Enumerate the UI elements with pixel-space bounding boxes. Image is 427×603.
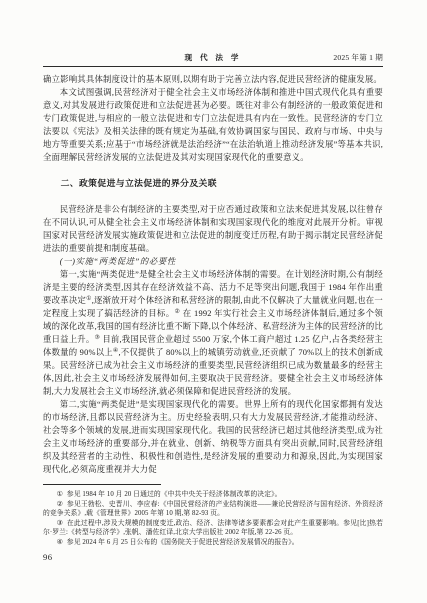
header-rule [43, 66, 383, 67]
section-heading: 二、政策促进与立法促进的界分及关联 [43, 177, 383, 190]
journal-page: 现 代 法 学 2025 年第 1 期 确立影响其具体制度设计的基本原则,以期有… [0, 0, 427, 603]
continuation-paragraph: 确立影响其具体制度设计的基本原则,以期有助于完善立法内容,促进民营经济的健康发展… [43, 73, 383, 86]
issue-label: 2025 年第 1 期 [333, 52, 383, 63]
footnote-marker: ② [57, 501, 63, 508]
footnote-separator [43, 484, 161, 485]
footnote-item: ④参见 2024 年 6 月 25 日公布的《国务院关于促进民营经济发展情况的报… [43, 538, 383, 548]
footnote-marker: ③ [57, 520, 63, 527]
intro-paragraph: 本文试图强调,民营经济对于健全社会主义市场经济体制和推进中国式现代化具有重要意义… [43, 86, 383, 164]
footnote-text: 参见 2024 年 6 月 25 日公布的《国务院关于促进民营经济发展情况的报告… [67, 539, 299, 546]
article-body: 确立影响其具体制度设计的基本原则,以期有助于完善立法内容,促进民营经济的健康发展… [43, 73, 383, 476]
footnote-item: ②参见王勃松、史晋川、李应春:《中国民营经济的产业结构演进——兼论民营经济与国有… [43, 500, 383, 519]
footnote-text: 参见王勃松、史晋川、李应春:《中国民营经济的产业结构演进——兼论民营经济与国有经… [43, 501, 383, 518]
point-one-paragraph: 第一,实施“两类促进”是健全社会主义市场经济体制的需要。在计划经济时期,公有制经… [43, 268, 383, 398]
page-number: 96 [43, 552, 383, 562]
footnote-text: 在此过程中,涉及大规模的制度变迁,政治、经济、法律等诸多要素都会对此产生重要影响… [43, 520, 383, 537]
footnote-text: 参见 1984 年 10 月 20 日通过的《中共中央关于经济体制改革的决定》。 [67, 491, 282, 498]
footnotes-block: ①参见 1984 年 10 月 20 日通过的《中共中央关于经济体制改革的决定》… [43, 484, 383, 548]
footnote-marker: ④ [57, 539, 63, 546]
footnote-item: ③在此过程中,涉及大规模的制度变迁,政治、经济、法律等诸多要素都会对此产生重要影… [43, 519, 383, 538]
overview-paragraph: 民营经济是非公有制经济的主要类型,对于应否通过政策和立法来促进其发展,以往曾存在… [43, 203, 383, 255]
subsection-heading: (一)实施“两类促进”的必要性 [43, 255, 383, 268]
footnote-marker: ① [57, 491, 63, 498]
journal-title: 现 代 法 学 [43, 52, 383, 63]
footnote-item: ①参见 1984 年 10 月 20 日通过的《中共中央关于经济体制改革的决定》… [43, 490, 383, 500]
running-head: 现 代 法 学 2025 年第 1 期 [43, 52, 383, 63]
point-two-paragraph: 第二,实施“两类促进”是实现国家现代化的需要。世界上所有的现代化国家都拥有发达的… [43, 398, 383, 476]
